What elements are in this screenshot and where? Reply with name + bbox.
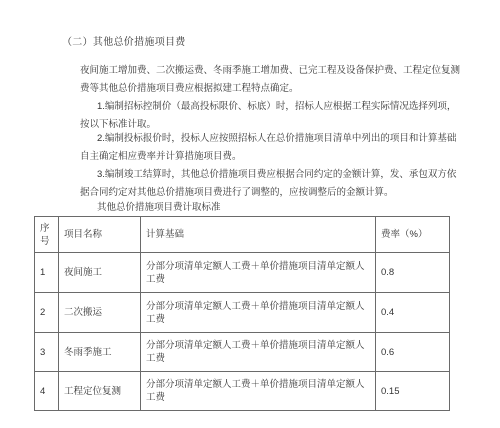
- column-header-seq: 序号: [35, 217, 59, 253]
- cell-basis: 分部分项清单定额人工费＋单价措施项目清单定额人工费: [141, 293, 376, 333]
- table-row: 1 夜间施工 分部分项清单定额人工费＋单价措施项目清单定额人工费 0.8: [35, 253, 450, 293]
- cell-rate: 0.6: [376, 333, 450, 372]
- paragraph-line: 1.编制招标控制价（最高投标限价、标底）时，招标人应根据工程实际情况选择列项，: [97, 98, 456, 116]
- column-header-basis: 计算基础: [141, 217, 376, 253]
- numbered-item-2: 2.编制投标报价时，投标人应按照招标人在总价措施项目清单中列出的项目和计算基础 …: [80, 130, 456, 166]
- section-heading: （二）其他总价措施项目费: [62, 36, 186, 49]
- cell-rate: 0.15: [376, 372, 450, 411]
- cell-seq: 1: [35, 253, 59, 293]
- intro-paragraph: 夜间施工增加费、二次搬运费、冬雨季施工增加费、已完工程及设备保护费、工程定位复测…: [80, 62, 460, 98]
- cell-basis: 分部分项清单定额人工费＋单价措施项目清单定额人工费: [141, 253, 376, 293]
- column-header-rate: 费率（%）: [376, 217, 450, 253]
- cell-name: 冬雨季施工: [59, 333, 141, 372]
- cell-rate: 0.4: [376, 293, 450, 333]
- cell-basis: 分部分项清单定额人工费＋单价措施项目清单定额人工费: [141, 333, 376, 372]
- table-row: 4 工程定位复测 分部分项清单定额人工费＋单价措施项目清单定额人工费 0.15: [35, 372, 450, 411]
- cell-name: 工程定位复测: [59, 372, 141, 411]
- cell-seq: 2: [35, 293, 59, 333]
- cell-rate: 0.8: [376, 253, 450, 293]
- paragraph-line: 夜间施工增加费、二次搬运费、冬雨季施工增加费、已完工程及设备保护费、工程定位复测: [80, 62, 460, 80]
- table-row: 3 冬雨季施工 分部分项清单定额人工费＋单价措施项目清单定额人工费 0.6: [35, 333, 450, 372]
- paragraph-line: 2.编制投标报价时，投标人应按照招标人在总价措施项目清单中列出的项目和计算基础: [97, 130, 456, 148]
- table-caption: 其他总价措施项目费计取标准: [97, 199, 221, 217]
- table-row: 2 二次搬运 分部分项清单定额人工费＋单价措施项目清单定额人工费 0.4: [35, 293, 450, 333]
- paragraph-line: 自主确定相应费率并计算措施项目费。: [80, 148, 456, 166]
- column-header-name: 项目名称: [59, 217, 141, 253]
- document-page: （二）其他总价措施项目费 夜间施工增加费、二次搬运费、冬雨季施工增加费、已完工程…: [0, 0, 500, 428]
- cell-seq: 3: [35, 333, 59, 372]
- numbered-item-1: 1.编制招标控制价（最高投标限价、标底）时，招标人应根据工程实际情况选择列项， …: [80, 98, 456, 134]
- numbered-item-3: 3.编制竣工结算时，其他总价措施项目费应根据合同约定的金额计算，发、承包双方依 …: [80, 166, 456, 202]
- cell-seq: 4: [35, 372, 59, 411]
- paragraph-line: 费等其他总价措施项目费应根据拟建工程特点确定。: [80, 80, 460, 98]
- cell-name: 二次搬运: [59, 293, 141, 333]
- fee-rate-table: 序号 项目名称 计算基础 费率（%） 1 夜间施工 分部分项清单定额人工费＋单价…: [34, 216, 450, 411]
- cell-name: 夜间施工: [59, 253, 141, 293]
- paragraph-line: 3.编制竣工结算时，其他总价措施项目费应根据合同约定的金额计算，发、承包双方依: [97, 166, 456, 184]
- table-header-row: 序号 项目名称 计算基础 费率（%）: [35, 217, 450, 253]
- cell-basis: 分部分项清单定额人工费＋单价措施项目清单定额人工费: [141, 372, 376, 411]
